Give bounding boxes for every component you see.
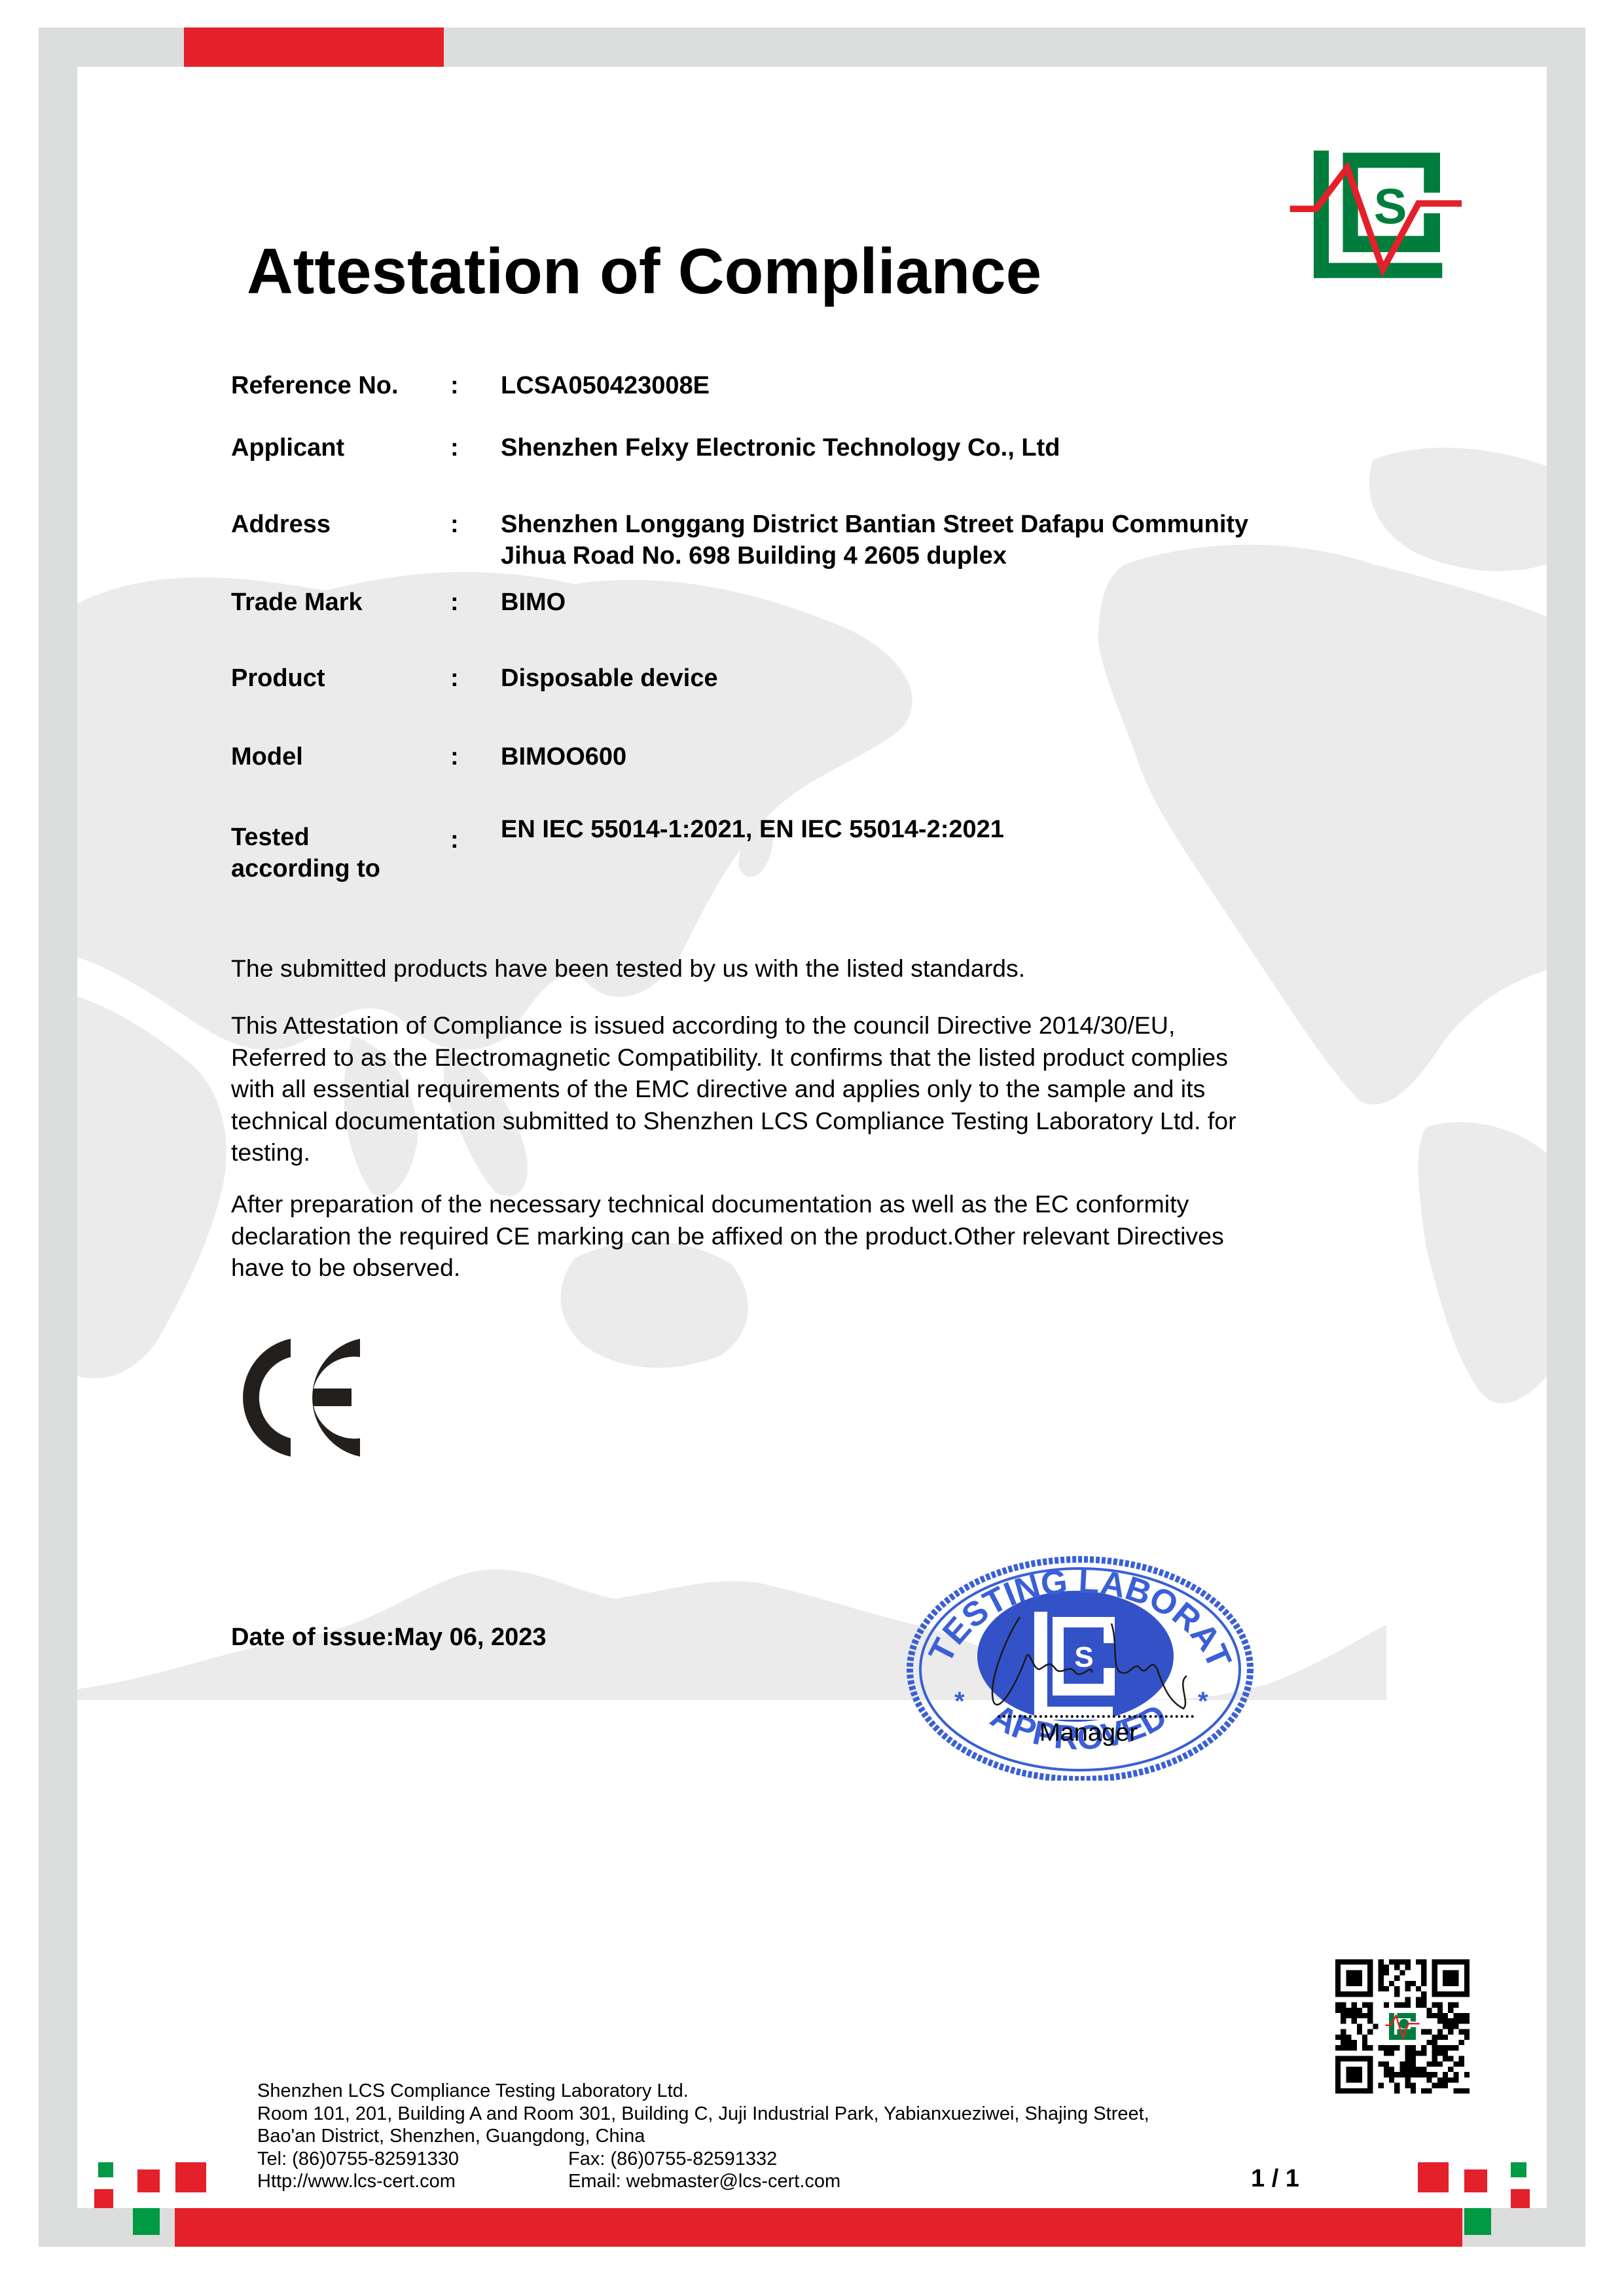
paragraph-line: have to be observed. <box>231 1252 1409 1284</box>
paragraph-line: This Attestation of Compliance is issued… <box>231 1009 1409 1042</box>
field-label-line2: according to <box>231 853 447 884</box>
field-value: BIMO <box>501 587 566 618</box>
field-label: Trade Mark <box>231 587 447 618</box>
field-label: Address <box>231 509 447 540</box>
field-value: LCSA050423008E <box>501 370 710 401</box>
decor-square <box>98 2162 113 2177</box>
footer-email-link[interactable]: Email: webmaster@lcs-cert.com <box>568 2170 840 2193</box>
page-number: 1 / 1 <box>1251 2165 1299 2193</box>
field-label: Applicant <box>231 432 447 463</box>
lcs-logo-icon: S <box>1267 134 1483 297</box>
logo-letter: S <box>1374 179 1407 234</box>
field-value: Shenzhen Longgang District Bantian Stree… <box>501 509 1248 540</box>
svg-text:*: * <box>954 1687 965 1716</box>
paragraph-line: declaration the required CE marking can … <box>231 1220 1409 1252</box>
field-separator: : <box>450 662 459 694</box>
decor-square <box>1511 2162 1526 2177</box>
decor-square <box>1418 2162 1449 2192</box>
decor-square <box>175 2162 206 2192</box>
field-separator: : <box>450 741 459 772</box>
footer-company: Shenzhen LCS Compliance Testing Laborato… <box>257 2080 1149 2103</box>
signature-line <box>998 1715 1194 1718</box>
footer-web-row: Http://www.lcs-cert.com Email: webmaster… <box>257 2170 1149 2193</box>
field-separator: : <box>450 432 459 463</box>
stamp-center-letter: S <box>1074 1641 1093 1673</box>
footer-contact: Shenzhen LCS Compliance Testing Laborato… <box>257 2080 1149 2193</box>
field-value-line2: Jihua Road No. 698 Building 4 2605 duple… <box>501 540 1007 571</box>
paragraph-line: Referred to as the Electromagnetic Compa… <box>231 1042 1409 1074</box>
field-value: Disposable device <box>501 662 718 694</box>
footer-phone-row: Tel: (86)0755-82591330 Fax: (86)0755-825… <box>257 2148 1149 2171</box>
field-label: Model <box>231 741 447 772</box>
footer-fax: Fax: (86)0755-82591332 <box>568 2148 777 2171</box>
decor-square <box>1464 2169 1487 2192</box>
decor-square <box>137 2169 160 2192</box>
field-separator: : <box>450 370 459 401</box>
field-value: EN IEC 55014-1:2021, EN IEC 55014-2:2021 <box>501 814 1004 845</box>
field-separator: : <box>450 509 459 540</box>
footer-tel: Tel: (86)0755-82591330 <box>257 2149 459 2169</box>
decor-square <box>1511 2189 1530 2208</box>
svg-text:*: * <box>1198 1687 1208 1716</box>
paragraph-tested-statement: The submitted products have been tested … <box>231 952 1409 985</box>
field-value: Shenzhen Felxy Electronic Technology Co.… <box>501 432 1060 463</box>
bottom-red-bar <box>175 2208 1462 2247</box>
qr-code-icon <box>1335 1959 1470 2094</box>
document-title: Attestation of Compliance <box>247 234 1041 308</box>
decor-square <box>133 2208 160 2235</box>
footer-address-line2: Bao'an District, Shenzhen, Guangdong, Ch… <box>257 2125 1149 2148</box>
issue-date: Date of issue:May 06, 2023 <box>231 1624 547 1652</box>
field-separator: : <box>450 824 459 856</box>
paragraph-line: The submitted products have been tested … <box>231 952 1409 985</box>
decor-square <box>94 2189 113 2208</box>
paragraph-line: technical documentation submitted to She… <box>231 1105 1409 1137</box>
paragraph-ce-marking: After preparation of the necessary techn… <box>231 1188 1409 1284</box>
paragraph-directive: This Attestation of Compliance is issued… <box>231 1009 1409 1169</box>
footer-website-link[interactable]: Http://www.lcs-cert.com <box>257 2171 456 2192</box>
paragraph-line: with all essential requirements of the E… <box>231 1073 1409 1105</box>
paragraph-line: testing. <box>231 1136 1409 1169</box>
field-label: Product <box>231 662 447 694</box>
field-label: Reference No. <box>231 370 447 401</box>
field-value: BIMOO600 <box>501 741 626 772</box>
field-separator: : <box>450 587 459 618</box>
top-red-tab <box>184 27 444 67</box>
field-label: Tested <box>231 822 447 853</box>
decor-square <box>1464 2208 1491 2235</box>
ce-mark-icon <box>228 1337 388 1459</box>
paragraph-line: After preparation of the necessary techn… <box>231 1188 1409 1220</box>
footer-address-line1: Room 101, 201, Building A and Room 301, … <box>257 2103 1149 2126</box>
signatory-role: Manager <box>1039 1719 1138 1747</box>
